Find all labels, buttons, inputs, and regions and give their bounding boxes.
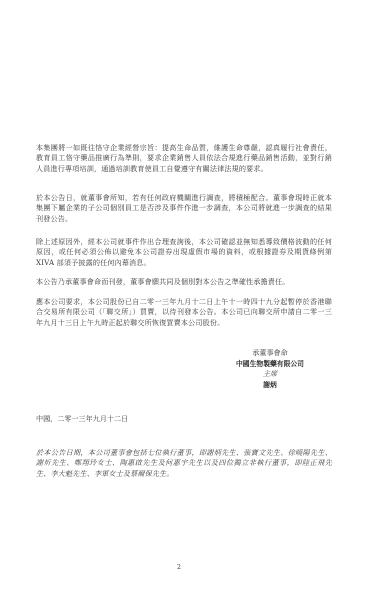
signature-name: 謝炳 <box>200 380 340 391</box>
signature-by-order: 承董事會命 <box>200 348 340 359</box>
signature-title: 主席 <box>200 369 340 380</box>
paragraph-business-principles: 本集團將一如既往恪守企業經營宗旨：提高生命品質，維護生命尊嚴，認真履行社會責任，… <box>36 143 332 174</box>
paragraph-responsibility-statement: 本公告乃承董事會命而刊發，董事會願共同及個別對本公告之準確性承擔責任。 <box>36 277 332 287</box>
paragraph-investigation: 於本公告日，就董事會所知，若有任何政府機關進行調查，將積極配合。董事會現時正就本… <box>36 193 332 224</box>
signature-company: 中國生物製藥有限公司 <box>200 359 340 370</box>
paragraph-price-movement-disclosure: 除上述原因外，經本公司就事件作出合理查詢後，本公司確認並無知悉導致價格波動的任何… <box>36 237 332 268</box>
document-page: 本集團將一如既往恪守企業經營宗旨：提高生命品質，維護生命尊嚴，認真履行社會責任，… <box>0 0 365 600</box>
page-number: 2 <box>174 563 184 571</box>
signature-block: 承董事會命 中國生物製藥有限公司 主席 謝炳 <box>200 348 340 390</box>
date-line: 中國，二零一三年九月十二日 <box>36 414 128 424</box>
paragraph-trading-resumption: 應本公司要求，本公司股份已自二零一三年九月十二日上午十一時四十九分起暫停於香港聯… <box>36 297 332 328</box>
board-composition-paragraph: 於本公告日期，本公司董事會包括七位執行董事，即謝炳先生、張寶文先生、徐曉陽先生、… <box>36 448 332 479</box>
